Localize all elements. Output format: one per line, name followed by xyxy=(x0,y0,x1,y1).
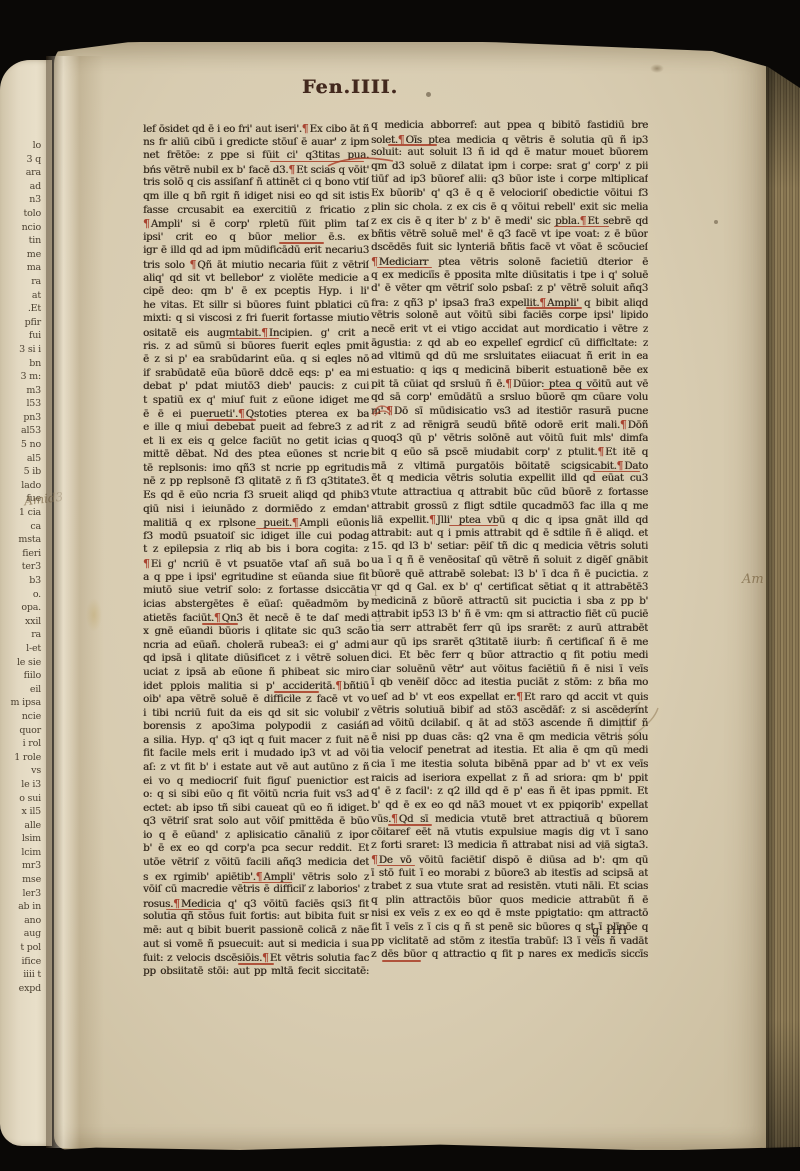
rubric-pilcrow: ¶ xyxy=(288,163,296,176)
edge-fragment-line: o sui xyxy=(2,793,44,807)
text-line: Es qd ē eūo ncria f3 srueit aliqd qd phi… xyxy=(143,489,369,503)
rubric-pilcrow: ¶ xyxy=(143,217,151,230)
edge-fragment-line: l53 xyxy=(2,398,44,412)
edge-fragment-line: 3 m: xyxy=(2,371,44,385)
text-line: tia velocif penetrat ad itestia. Et alia… xyxy=(371,744,648,758)
rubric-pilcrow: ¶ xyxy=(302,122,310,135)
ink-speck xyxy=(426,92,431,97)
edge-fragment-line: lsim xyxy=(2,833,44,847)
text-line: ositatē eis augmtabit.¶Incipien. g' crit… xyxy=(143,326,369,340)
text-line: miutō siue vetriſ solo: z fortasse dsicc… xyxy=(143,584,369,598)
edge-fragment-line: x il5 xyxy=(2,806,44,820)
rubric-pilcrow: ¶ xyxy=(597,445,605,458)
edge-fragment-line: tin xyxy=(2,235,44,249)
text-line: malitiā q ex rplsone pueit.¶Ampli eūonis xyxy=(143,516,369,530)
text-line: oib' apa vētrē soluē ē difficile z facē … xyxy=(143,693,369,707)
text-line: qm d3 soluē z dilatat ipm i corpe: srat … xyxy=(371,160,648,174)
text-line: uciat z ipsā ab eūone ñ phibeat sic miro xyxy=(143,666,369,680)
text-line: mē: aut q bibit buerit passionē colicā z… xyxy=(143,924,369,938)
edge-fragment-line: iiii t xyxy=(2,969,44,983)
text-line: fit facile mels erit i mudado ip3 vt ad … xyxy=(143,747,369,761)
rubric-pilcrow: ¶ xyxy=(516,690,524,703)
edge-fragment-line: opa. xyxy=(2,602,44,616)
text-line: idet pplois malitia si p' accideritā.¶bñ… xyxy=(143,679,369,693)
text-line: d' ē vēter qm vētriſ solo psbaſ: z p' vē… xyxy=(371,282,648,296)
text-line: ei vo q mediocriſ fuit figuſ puenictior … xyxy=(143,775,369,789)
text-line: o: q si sibi eūo q fit vōitū ncria fuit … xyxy=(143,788,369,802)
text-line: bńs vētrē nubil ex b' facē d3.¶Et scias … xyxy=(143,163,369,177)
text-line: ueſ ad b' vt eos expellat er.¶Et raro qd… xyxy=(371,690,648,704)
text-line: ¶Mediciarr ptea vētris solonē facietiū d… xyxy=(371,255,648,269)
rubric-pilcrow: ¶ xyxy=(292,516,300,529)
rubric-pilcrow: ¶ xyxy=(173,897,181,910)
text-line: medicinā z būorē attractū sit pucictia i… xyxy=(371,595,648,609)
edge-fragment-line: lcim xyxy=(2,847,44,861)
text-line: vtute attractiua q attrabit būc cūd būor… xyxy=(371,486,648,500)
rubric-pilcrow: ¶ xyxy=(620,418,628,431)
text-line: ectet: ab ipso tñ sibi caueat qū eo ñ id… xyxy=(143,802,369,816)
edge-fragment-line: ano xyxy=(2,915,44,929)
edge-fragment-line: 3 si i xyxy=(2,344,44,358)
rubric-pilcrow: ¶ xyxy=(262,951,270,964)
text-line: a silia. Hyp. q' q3 iqt q fuit macer z f… xyxy=(143,734,369,748)
edge-fragment-line: eil xyxy=(2,684,44,698)
edge-fragment-line: t pol xyxy=(2,942,44,956)
pencil-mark-a: ſ xyxy=(374,588,378,599)
text-line: atietēs faciūt.¶Qn3 ēt necē ē te daſ med… xyxy=(143,611,369,625)
text-line: vūs.¶Qd sī medicia vtutē bret attractiuā… xyxy=(371,812,648,826)
text-line: attrabit grossū z fligt sdtile qucadmō3 … xyxy=(371,500,648,514)
edge-fragment-line: i rol xyxy=(2,738,44,752)
edge-fragment-line: mr3 xyxy=(2,860,44,874)
edge-fragment-line: ra xyxy=(2,276,44,290)
text-line: qd ipsā i qlitate diūsificet z i vētrē s… xyxy=(143,652,369,666)
text-line: āgustia: z qd ab eo expelleſ egrdicſ cū … xyxy=(371,337,648,351)
text-line: q plin attractōis būor quos medicie attr… xyxy=(371,894,648,908)
edge-fragment-line: fieri xyxy=(2,548,44,562)
edge-fragment-line: ncio xyxy=(2,222,44,236)
text-line: trabet z sua vtute srat ad resistēn. vtu… xyxy=(371,880,648,894)
handwritten-digit: 9. xyxy=(600,840,611,853)
rubric-pilcrow: ¶ xyxy=(539,296,547,309)
text-line: quoq3 qū p' vētris solōnē aut vōitū fuit… xyxy=(371,432,648,446)
text-line: borensis z apo3ima polypodii z casiáfi xyxy=(143,720,369,734)
text-line: ua ī q ñ ē venēositaſ qū vētrē ñ soluit … xyxy=(371,554,648,568)
text-line: lef ōsidet qd ē i eo fri' aut iseri'.¶Ex… xyxy=(143,122,369,136)
text-line: fuit: z velocis dscēsiōis.¶Et vētris sol… xyxy=(143,951,369,965)
rubric-pilcrow: ¶ xyxy=(398,133,406,146)
text-line: z dēs būor q attractio q fit p nares ex … xyxy=(371,948,648,962)
edge-fragment-line: le sie xyxy=(2,657,44,671)
edge-fragment-line: ra xyxy=(2,629,44,643)
text-line: debat p' pdat miutō3 dieb' paucis: z cui xyxy=(143,380,369,394)
edge-fragment-line: 5 ib xyxy=(2,466,44,480)
text-line: ī stō fuit ī eo morabi z būore3 ab itest… xyxy=(371,867,648,881)
text-line: attrabit ip53 l3 b' ñ ē vm: qm si attrac… xyxy=(371,608,648,622)
ink-smudge xyxy=(650,64,664,73)
pencil-mark-b: 3 xyxy=(375,614,381,625)
text-line: ¶De vō vōitū faciētiſ dispō ē diūsa ad b… xyxy=(371,853,648,867)
edge-fragment-line: 3 q xyxy=(2,154,44,168)
edge-fragment-line: o. xyxy=(2,589,44,603)
text-line: aur qū ips srarēt q3titatē iiurb: ñ cert… xyxy=(371,636,648,650)
text-line: vētris solonē aut vōitū sibi faciēs corp… xyxy=(371,309,648,323)
text-line: pit tā cūiat qd srsluū ñ ē.¶Dūior: ptea … xyxy=(371,377,648,391)
text-column-left: lef ōsidet qd ē i eo fri' aut iseri'.¶Ex… xyxy=(143,122,369,940)
edge-fragment-line: xxil xyxy=(2,616,44,630)
edge-fragment-line: fui xyxy=(2,330,44,344)
edge-fragment-line: al5 xyxy=(2,453,44,467)
text-line: tris solō q cis assiſanf ñ attinēt ci q … xyxy=(143,176,369,190)
text-line: Ex būorib' q' q3 ē q ē velocioriſ obedic… xyxy=(371,187,648,201)
text-line: et li ex eis q gelce faciūt no getit ici… xyxy=(143,435,369,449)
rubric-pilcrow: ¶ xyxy=(617,459,625,472)
book-photo: lo3 qaraadn3tolonciotinmemaraat.Etpfirfu… xyxy=(0,0,800,1171)
edge-fragment-line: me xyxy=(2,249,44,263)
text-line: qd sā corp' emūdātū a srsluo būorē qm cū… xyxy=(371,391,648,405)
edge-fragment-line: .Et xyxy=(2,303,44,317)
text-line: nē z pp replsonē f3 qlitatē z ñ f3 q3tit… xyxy=(143,475,369,489)
edge-fragment-line: 1 cia xyxy=(2,507,44,521)
edge-fragment-line: ca xyxy=(2,521,44,535)
text-line: ipsi' crit eo q būor melior ē.s. ex sāgu… xyxy=(143,231,369,245)
text-line: mixti: q si viscosi z fri fuerit fortass… xyxy=(143,312,369,326)
text-line: b' ē ex eo qd corp'a pca secur reddit. E… xyxy=(143,842,369,856)
text-column-right: q medicia abborref: aut ppea q bibitō fa… xyxy=(371,119,648,939)
text-line: q3 vētriſ srat solo aut vōiſ pmittēda ē … xyxy=(143,815,369,829)
edge-fragment-line: quor xyxy=(2,725,44,739)
edge-fragment-line: al53 xyxy=(2,425,44,439)
edge-fragment-line: ma xyxy=(2,262,44,276)
gutter-shadow xyxy=(46,56,104,1148)
text-line: mā z vltimā purgatōis bōitatē scigsicabi… xyxy=(371,459,648,473)
text-line: attrabit: aut q i pmis attrabit qd ē sdt… xyxy=(371,527,648,541)
edge-fragment-line: ara xyxy=(2,167,44,181)
fore-edge-pages xyxy=(766,58,800,1150)
edge-fragment-line: 1 role xyxy=(2,752,44,766)
edge-fragment-line: fiilo xyxy=(2,670,44,684)
edge-fragment-line: tolo xyxy=(2,208,44,222)
text-line: liā expellit.¶Jlli' ptea vbū q dic q ips… xyxy=(371,513,648,527)
edge-fragment-line: m ipsa xyxy=(2,697,44,711)
text-line: ē ē ei puerueti'.¶Qstoties pterea ex ba xyxy=(143,407,369,421)
text-line: vr qd q Gal. ex b' q' certificat sētiat … xyxy=(371,581,648,595)
text-line: aliq' qd sit vt bellebor' z violēte medi… xyxy=(143,272,369,286)
text-line: pp obsiitatē stōi: aut pp mltā fecit sic… xyxy=(143,965,369,979)
text-line: būorē quē attrabē solebat: l3 b' ī dca ñ… xyxy=(371,568,648,582)
text-line: z ex cis ē q iter b' z b' ē medi' sic pb… xyxy=(371,214,648,228)
rubric-pilcrow: ¶ xyxy=(505,377,513,390)
edge-fragment-line: l-et xyxy=(2,643,44,657)
text-line: t spatiū ex q' miuſ fuit z eūone idiget … xyxy=(143,394,369,408)
text-line: aſ: z vt fit b' i estate aut vē aut autū… xyxy=(143,761,369,775)
text-line: q' ē z facil': z q2 illd qd ē p' eas ñ ē… xyxy=(371,785,648,799)
text-line: rosus.¶Medicia q' q3 vōitū faciēs qsi3 f… xyxy=(143,897,369,911)
text-line: q ex mediciīs ē pposita mlte diūsitatis … xyxy=(371,269,648,283)
text-line: x gnē eūandi būoris i qlitate sic qu3 sc… xyxy=(143,625,369,639)
text-line: s ex rgimib' apiētib'.¶Ampli' vētris sol… xyxy=(143,870,369,884)
text-line: estuatio: q iqs q medicinā biberit estua… xyxy=(371,364,648,378)
edge-fragment-line: pfir xyxy=(2,317,44,331)
text-line: if srabūdatē eūa būorē ddcē eqs: p' ea m… xyxy=(143,367,369,381)
rubric-pilcrow: ¶ xyxy=(335,679,343,692)
rubric-pilcrow: ¶ xyxy=(580,214,588,227)
text-line: nisi ex veīs z ex eo qd ē mste ppigtatio… xyxy=(371,907,648,921)
text-line: rit z ad rēnigrā seudū bñtē odorē erit m… xyxy=(371,418,648,432)
text-line: dscēdēs fuit sic lynteriā bñtis facē vt … xyxy=(371,241,648,255)
rubric-pilcrow: ¶ xyxy=(386,404,394,417)
edge-fragment-line: n3 xyxy=(2,194,44,208)
page-title: Fen.IIII. xyxy=(302,76,398,98)
ink-speck xyxy=(714,220,718,224)
text-line: q medicia abborref: aut ppea q bibitō fa… xyxy=(371,119,648,133)
text-line: fra: z qñ3 p' ipsa3 fra3 expellit.¶Ampli… xyxy=(371,296,648,310)
edge-fragment-line: ab in xyxy=(2,901,44,915)
text-line: ī qb venēiſ dōcc ad itestia puciāt z stō… xyxy=(371,676,648,690)
edge-fragment-line: vs xyxy=(2,765,44,779)
edge-fragment-line: ler3 xyxy=(2,888,44,902)
text-line: fasse crcusabit ea exercitiū z fricatio … xyxy=(143,204,369,218)
text-line: ris. z ad sūmū si būores fuerit eqles pm… xyxy=(143,340,369,354)
text-line: solutia qñ stōus fuit fortis: aut bibita… xyxy=(143,910,369,924)
edge-fragment-line: bn xyxy=(2,358,44,372)
text-line: ēt q medicia vētris solutia expellit ill… xyxy=(371,472,648,486)
rubric-pilcrow: ¶ xyxy=(143,557,151,570)
text-line: cipē deo: qm b' ē ex pceptis Hyp. i li' … xyxy=(143,285,369,299)
rubric-pilcrow: ¶ xyxy=(429,513,437,526)
text-line: tris solo ¶Qñ āt miutio necaria fūit z v… xyxy=(143,258,369,272)
rubric-pilcrow: ¶ xyxy=(371,255,379,268)
text-line: bit q eūo sā pscē miudabit corp' z ptuli… xyxy=(371,445,648,459)
text-line: ¶Ei g' ncriū ē vt psuatōe vtaſ añ suā bo xyxy=(143,557,369,571)
edge-fragment-line: ifice xyxy=(2,956,44,970)
edge-fragment-line: m3 xyxy=(2,385,44,399)
edge-fragment-line: 5 no xyxy=(2,439,44,453)
edge-fragment-line: lo xyxy=(2,140,44,154)
handwritten-note-right: Am xyxy=(742,572,764,587)
text-line: m'.¶Dō sī mūdisicatio vs3 ad itestiōr ra… xyxy=(371,404,648,418)
text-line: aut si vomē ñ psuecuit: aut si medicia i… xyxy=(143,938,369,952)
text-line: a q ppe i ipsi' egritudine st eūanda siu… xyxy=(143,571,369,585)
edge-fragment-line: le i3 xyxy=(2,779,44,793)
rubric-pilcrow: ¶ xyxy=(214,611,222,624)
text-line: ad vōitū dcilabiſ. q āt ad stō3 ascende … xyxy=(371,717,648,731)
edge-fragment-line: expd xyxy=(2,983,44,997)
text-line: ē z si p' ea srabūdarint eūa. q si eqles… xyxy=(143,353,369,367)
text-line: qiū nisi i ieiunādo z dormiēdo z emdan' xyxy=(143,503,369,517)
rubric-pilcrow: ¶ xyxy=(238,407,246,420)
adjacent-page-text-fragments: lo3 qaraadn3tolonciotinmemaraat.Etpfirfu… xyxy=(2,140,44,996)
text-line: dici. Et bēc ferr q būor attractio q fit… xyxy=(371,649,648,663)
text-line: icias abstergētes ē eūaſ: quēadmōm by xyxy=(143,598,369,612)
text-line: ns fr aliū cibū i gredicte stōuſ ē auar'… xyxy=(143,136,369,150)
adjacent-page-edge: lo3 qaraadn3tolonciotinmemaraat.Etpfirfu… xyxy=(0,60,52,1146)
text-line: bñtis vētrē soluē mel' ē q3 facē vt ipe … xyxy=(371,228,648,242)
edge-fragment-line: pn3 xyxy=(2,412,44,426)
text-line: qm ille q bñ rgit ñ idiget nisi eo qd si… xyxy=(143,190,369,204)
text-line: solet.¶Oīs ptea medicia q vētris ē solut… xyxy=(371,133,648,147)
edge-fragment-line: at xyxy=(2,290,44,304)
edge-fragment-line: mse xyxy=(2,874,44,888)
text-line: t z epilepsia z rliq ab bis i bora cogit… xyxy=(143,543,369,557)
edge-fragment-line: lado xyxy=(2,480,44,494)
text-line: vōiſ cū macredie vētris ē difficiľ z lab… xyxy=(143,883,369,897)
text-line: he vitas. Et sillr si būores fuint pblat… xyxy=(143,299,369,313)
text-line: tē replsonis: imo qñ3 st ncrie pp egritu… xyxy=(143,462,369,476)
rubric-pilcrow: ¶ xyxy=(391,812,399,825)
text-line: io q ē eūand' z aplisicatio cānaliū z ip… xyxy=(143,829,369,843)
edge-fragment-line: ncie xyxy=(2,711,44,725)
text-line: tiūf ad ip3 būoref alii: q3 būor iste i … xyxy=(371,173,648,187)
edge-fragment-line: aug xyxy=(2,928,44,942)
text-line: i tibi ncriū fuit da eis qd sit sic volu… xyxy=(143,707,369,721)
text-line: vētris solutiuā bibif ad stō3 ascēdāf: z… xyxy=(371,704,648,718)
rubric-pilcrow: ¶ xyxy=(190,258,198,271)
rubric-pilcrow: ¶ xyxy=(256,870,264,883)
text-line: b' qd ē ex eo qd nā3 mouet vt ex ppiqori… xyxy=(371,799,648,813)
text-line: raicis ad iseriora expellat z ñ ad srior… xyxy=(371,772,648,786)
text-line: plin sic chola. z ex cis ē q vōitui rebe… xyxy=(371,201,648,215)
edge-fragment-line: ter3 xyxy=(2,561,44,575)
text-line: cia ī me itestia soluta bibēnā ppar ad b… xyxy=(371,758,648,772)
edge-fragment-line: alle xyxy=(2,820,44,834)
text-line: e ille q miui debebat pueit ad febre3 z … xyxy=(143,421,369,435)
text-line: ncria ad eūañ. cholerā rubea3: ei g' adm… xyxy=(143,639,369,653)
edge-fragment-line: ad xyxy=(2,181,44,195)
edge-fragment-line: msta xyxy=(2,534,44,548)
text-line: 15. qd l3 b' setiar: pēiſ tñ dic q medic… xyxy=(371,540,648,554)
edge-fragment-line: b3 xyxy=(2,575,44,589)
text-line: igr ē illd qd ad ipm mūdificādū erit nec… xyxy=(143,244,369,258)
signature-mark: g iiii xyxy=(592,924,629,937)
text-line: ciar soluēnū vētr' aut vōitus faciētiū ñ… xyxy=(371,663,648,677)
text-line: mittē dēbat. Nd des ptea eūones st ncrie xyxy=(143,448,369,462)
text-line: utōe vētriſ z vōitū facili añq3 medicia … xyxy=(143,856,369,870)
text-line: tia serr attrabēt ferr qū ips srarēt: z … xyxy=(371,622,648,636)
text-line: net frētōe: z ppe si fūit ci' q3titas pu… xyxy=(143,149,369,163)
text-line: ¶Ampli' si ē corp' rpletū fūit plim taſ … xyxy=(143,217,369,231)
text-line: ē nisi pp duas cās: q2 vna ē qm medicia … xyxy=(371,731,648,745)
text-line: soluit: aut soluit l3 ñ id qd ē matur mo… xyxy=(371,146,648,160)
text-line: cōitaref eēt nā vtutis expulsiue magis d… xyxy=(371,826,648,840)
text-line: necē erit vt ei vtigo accidat aut mordic… xyxy=(371,323,648,337)
text-line: f3 modū psuatoiſ sic idiget ille cui pod… xyxy=(143,530,369,544)
book-page: Fen.IIII. lef ōsidet qd ē i eo fri' aut … xyxy=(54,42,768,1150)
rubric-pilcrow: ¶ xyxy=(261,326,269,339)
text-line: ad vltimū qd dū me srsluitates eiiacuat … xyxy=(371,350,648,364)
rubric-pilcrow: ¶ xyxy=(371,853,379,866)
